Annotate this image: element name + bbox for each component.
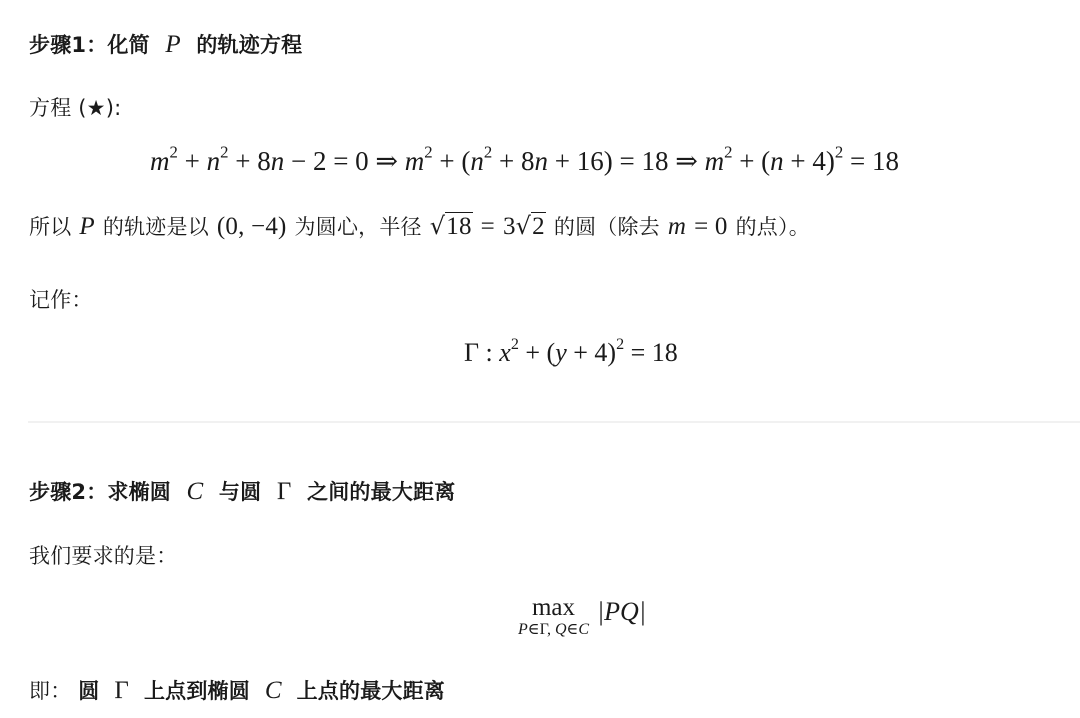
restate-prefix: 即：: [29, 679, 71, 703]
text: 为圆心，半径: [295, 211, 422, 241]
eq-op: + 8: [235, 146, 270, 176]
gamma-equation: Γ : x2 + (y + 4)2 = 18: [464, 338, 678, 368]
colon: :: [486, 338, 493, 367]
var-q: Q: [555, 621, 567, 638]
section-divider: [28, 421, 1080, 423]
step2-intro: 我们要求的是：: [29, 540, 177, 570]
eq-var-n: n: [207, 146, 221, 176]
in-symbol: ∈: [567, 621, 579, 638]
eq-var-n: n: [271, 146, 285, 176]
sqrt-18: √18: [430, 212, 473, 241]
radicand: 2: [531, 212, 546, 240]
max-expression: max P∈Γ, Q∈C |PQ|: [518, 597, 646, 639]
step2-heading-prefix: 步骤2：求椭圆: [29, 480, 171, 504]
step1-heading-prefix: 步骤1：化简: [29, 33, 150, 57]
gamma-symbol: Γ: [464, 338, 479, 367]
step1-heading-var: P: [165, 31, 180, 58]
var-x: x: [499, 338, 511, 367]
in-gamma: ∈Γ,: [528, 621, 551, 638]
text: 所以: [29, 211, 71, 241]
eq-var-n: n: [770, 146, 784, 176]
equation-label: 方程 (★):: [29, 92, 121, 122]
text: 上点到椭圆: [144, 679, 250, 703]
step2-heading-suffix: 之间的最大距离: [307, 480, 455, 504]
eq-op: + 4): [790, 146, 834, 176]
var-m: m: [668, 213, 686, 241]
sqrt-2: √2: [516, 212, 546, 241]
eq-op: − 2 = 0 ⇒: [291, 146, 398, 176]
eq-exponent: 2: [424, 142, 432, 161]
center-point: (0, −4): [217, 213, 287, 241]
var-p: P: [518, 621, 528, 638]
eq-exponent: 2: [835, 142, 843, 161]
locus-conclusion: 所以 P 的轨迹是以 (0, −4) 为圆心，半径 √18 = 3 √2 的圆（…: [29, 211, 810, 241]
step1-heading: 步骤1：化简 P 的轨迹方程: [29, 29, 302, 59]
eq-exponent: 2: [170, 142, 178, 161]
eq-exponent: 2: [220, 142, 228, 161]
text: 圆: [78, 679, 99, 703]
equals: =: [481, 213, 495, 241]
text: 的圆（除去: [554, 211, 660, 241]
eq-exponent: 2: [724, 142, 732, 161]
eq-exponent: 2: [484, 142, 492, 161]
restatement: 即： 圆 Γ 上点到椭圆 C 上点的最大距离: [29, 675, 445, 705]
op: = 18: [631, 338, 678, 367]
denote-label: 记作：: [29, 284, 93, 314]
exponent: 2: [511, 336, 519, 353]
var-y: y: [555, 338, 567, 367]
gamma-symbol: Γ: [114, 677, 129, 704]
eq-var-n: n: [470, 146, 484, 176]
eq-var-n: n: [535, 146, 549, 176]
gamma-symbol: Γ: [277, 478, 292, 505]
eq-op: +: [185, 146, 200, 176]
max-operator: max: [532, 597, 575, 619]
eq-op: + (: [439, 146, 470, 176]
text: 与圆: [219, 480, 261, 504]
text: 上点的最大距离: [297, 679, 445, 703]
var-c: C: [265, 677, 282, 704]
var-p: P: [79, 213, 94, 241]
condition: = 0: [694, 213, 727, 241]
coefficient: 3: [503, 213, 516, 241]
var-c: C: [187, 478, 204, 505]
derivation-equation: m2 + n2 + 8n − 2 = 0 ⇒ m2 + (n2 + 8n + 1…: [150, 146, 899, 177]
eq-op: + (: [739, 146, 770, 176]
eq-op: = 18: [850, 146, 899, 176]
op: + (: [525, 338, 555, 367]
max-subscript: P∈Γ, Q∈C: [518, 621, 589, 639]
op: + 4): [573, 338, 616, 367]
var-c: C: [578, 621, 589, 638]
text: 的轨迹是以: [103, 211, 209, 241]
exponent: 2: [616, 336, 624, 353]
eq-var-m: m: [150, 146, 170, 176]
eq-op: + 16) = 18 ⇒: [555, 146, 698, 176]
step1-heading-suffix: 的轨迹方程: [196, 33, 302, 57]
text: 的点）。: [736, 211, 810, 241]
eq-var-m: m: [705, 146, 725, 176]
step2-heading: 步骤2：求椭圆 C 与圆 Γ 之间的最大距离: [29, 476, 455, 506]
radicand: 18: [445, 212, 472, 240]
eq-op: + 8: [499, 146, 534, 176]
eq-var-m: m: [405, 146, 425, 176]
distance-pq: |PQ|: [597, 597, 646, 627]
